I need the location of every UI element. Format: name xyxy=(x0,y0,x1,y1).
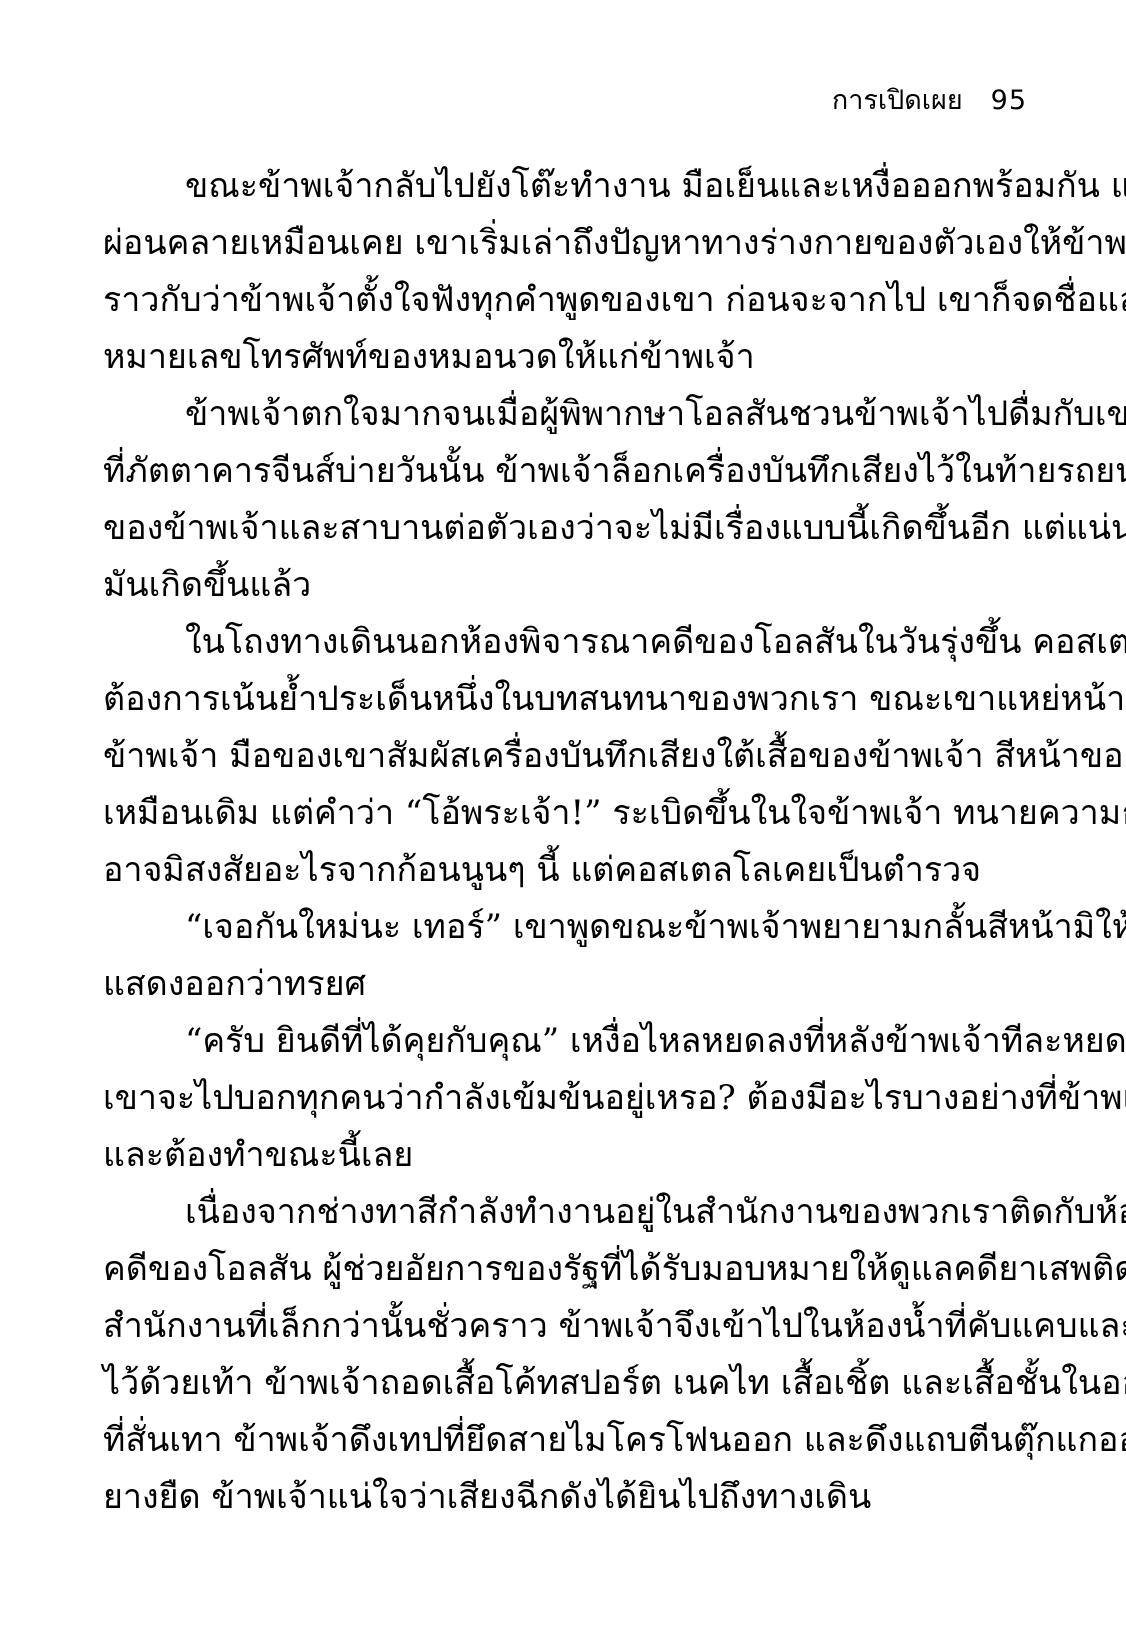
text-line: ยางยืด ข้าพเจ้าแน่ใจว่าเสียงฉีกดังได้ยิน… xyxy=(103,1469,1027,1526)
text-line: ไว้ด้วยเท้า ข้าพเจ้าถอดเสื้อโค้ทสปอร์ต เ… xyxy=(103,1355,1027,1412)
text-line: ข้าพเจ้า มือของเขาสัมผัสเครื่องบันทึกเสี… xyxy=(103,728,1027,785)
text-line: เหมือนเดิม แต่คำว่า “โอ้พระเจ้า!” ระเบิด… xyxy=(103,785,1027,842)
text-line: เนื่องจากช่างทาสีกำลังทำงานอยู่ในสำนักงา… xyxy=(103,1184,1027,1241)
text-line: สำนักงานที่เล็กกว่านั้นชั่วคราว ข้าพเจ้า… xyxy=(103,1298,1027,1355)
text-line: “เจอกันใหม่นะ เทอร์” เขาพูดขณะข้าพเจ้าพย… xyxy=(103,899,1027,956)
body-text: ขณะข้าพเจ้ากลับไปยังโต๊ะทำงาน มือเย็นและ… xyxy=(103,158,1027,1526)
text-line: ในโถงทางเดินนอกห้องพิจารณาคดีของโอลสันใน… xyxy=(103,614,1027,671)
chapter-title: การเปิดเผย xyxy=(832,84,963,118)
text-line: ผ่อนคลายเหมือนเคย เขาเริ่มเล่าถึงปัญหาทา… xyxy=(103,215,1027,272)
text-line: เขาจะไปบอกทุกคนว่ากำลังเข้มข้นอยู่เหรอ? … xyxy=(103,1070,1027,1127)
text-line: ขณะข้าพเจ้ากลับไปยังโต๊ะทำงาน มือเย็นและ… xyxy=(103,158,1027,215)
text-line: ของข้าพเจ้าและสาบานต่อตัวเองว่าจะไม่มีเร… xyxy=(103,500,1027,557)
text-line: แสดงออกว่าทรยศ xyxy=(103,956,1027,1013)
paragraph: “เจอกันใหม่นะ เทอร์” เขาพูดขณะข้าพเจ้าพย… xyxy=(103,899,1027,1013)
text-line: คดีของโอลสัน ผู้ช่วยอัยการของรัฐที่ได้รั… xyxy=(103,1241,1027,1298)
page-number: 95 xyxy=(991,84,1027,118)
running-head: การเปิดเผย 95 xyxy=(832,84,1027,118)
text-line: ที่สั่นเทา ข้าพเจ้าดึงเทปที่ยึดสายไมโครโ… xyxy=(103,1412,1027,1469)
text-line: และต้องทำขณะนี้เลย xyxy=(103,1127,1027,1184)
text-line: มันเกิดขึ้นแล้ว xyxy=(103,557,1027,614)
book-page: การเปิดเผย 95 ขณะข้าพเจ้ากลับไปยังโต๊ะทำ… xyxy=(0,0,1126,1638)
paragraph: “ครับ ยินดีที่ได้คุยกับคุณ” เหงื่อไหลหยด… xyxy=(103,1013,1027,1184)
text-line: ต้องการเน้นย้ำประเด็นหนึ่งในบทสนทนาของพว… xyxy=(103,671,1027,728)
paragraph: ข้าพเจ้าตกใจมากจนเมื่อผู้พิพากษาโอลสันชว… xyxy=(103,386,1027,614)
text-line: ข้าพเจ้าตกใจมากจนเมื่อผู้พิพากษาโอลสันชว… xyxy=(103,386,1027,443)
text-line: “ครับ ยินดีที่ได้คุยกับคุณ” เหงื่อไหลหยด… xyxy=(103,1013,1027,1070)
paragraph: ในโถงทางเดินนอกห้องพิจารณาคดีของโอลสันใน… xyxy=(103,614,1027,899)
text-line: หมายเลขโทรศัพท์ของหมอนวดให้แก่ข้าพเจ้า xyxy=(103,329,1027,386)
text-line: ราวกับว่าข้าพเจ้าตั้งใจฟังทุกคำพูดของเขา… xyxy=(103,272,1027,329)
paragraph: เนื่องจากช่างทาสีกำลังทำงานอยู่ในสำนักงา… xyxy=(103,1184,1027,1526)
text-line: อาจมิสงสัยอะไรจากก้อนนูนๆ นี้ แต่คอสเตลโ… xyxy=(103,842,1027,899)
text-line: ที่ภัตตาคารจีนส์บ่ายวันนั้น ข้าพเจ้าล็อก… xyxy=(103,443,1027,500)
paragraph: ขณะข้าพเจ้ากลับไปยังโต๊ะทำงาน มือเย็นและ… xyxy=(103,158,1027,386)
